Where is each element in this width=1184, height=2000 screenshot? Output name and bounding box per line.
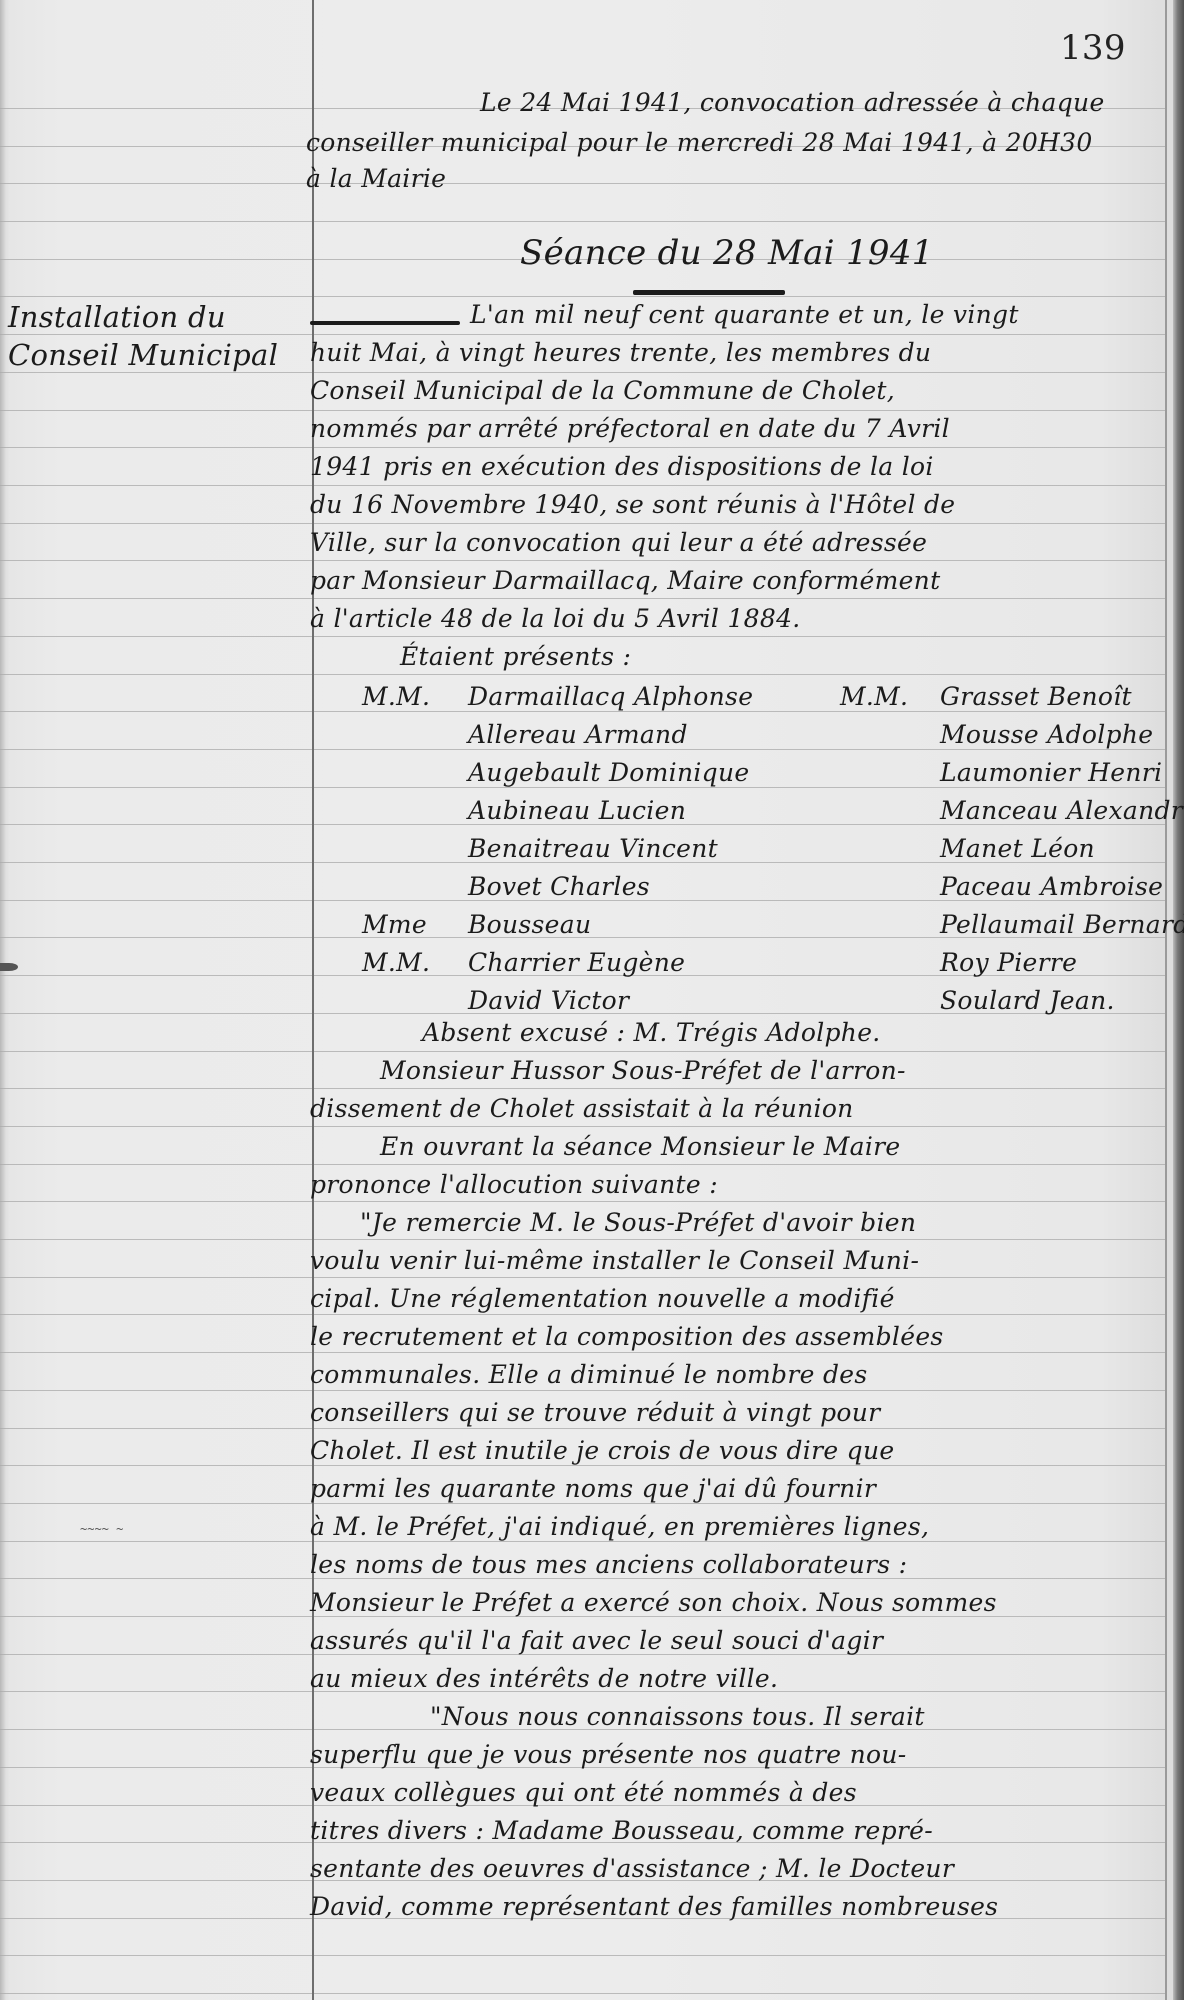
minutes-body-line: parmi les quarante noms que j'ai dû four… [310,1474,876,1503]
attendee-name: Manet Léon [940,834,1095,863]
attendee-name: Darmaillacq Alphonse [468,682,753,711]
minutes-body-line: prononce l'allocution suivante : [310,1170,718,1199]
attendee-name: Laumonier Henri [940,758,1162,787]
attendee-name: Charrier Eugène [468,948,685,977]
ruled-line [0,1164,1166,1165]
header-note-line: Le 24 Mai 1941, convocation adressée à c… [480,88,1105,117]
ruled-line [0,1314,1166,1315]
ruled-line [0,1993,1166,1994]
ruled-line [0,1465,1166,1466]
paragraph-lead-dash [310,321,460,325]
ruled-line [0,296,1166,297]
opening-paragraph-line: nommés par arrêté préfectoral en date du… [310,414,950,443]
attendee-prefix: Mme [362,910,427,939]
margin-tab-mark [0,963,18,971]
minutes-body-line: superflu que je vous présente nos quatre… [310,1740,907,1769]
minutes-body-line: le recrutement et la composition des ass… [310,1322,944,1351]
ruled-line [0,447,1166,448]
ruled-line [0,1955,1166,1956]
attendee-prefix: M.M. [362,682,430,711]
ruled-line [0,598,1166,599]
ruled-line [0,372,1166,373]
ruled-line [0,485,1166,486]
minutes-body-line: cipal. Une réglementation nouvelle a mod… [310,1284,895,1313]
ruled-line [0,183,1166,184]
minutes-body-line: les noms de tous mes anciens collaborate… [310,1550,907,1579]
ruled-line [0,711,1166,712]
ruled-line [0,1428,1166,1429]
opening-paragraph-line: Conseil Municipal de la Commune de Chole… [310,376,895,405]
ruled-line [0,1541,1166,1542]
ruled-line [0,636,1166,637]
opening-paragraph-line: du 16 Novembre 1940, se sont réunis à l'… [310,490,955,519]
minutes-body-line: sentante des oeuvres d'assistance ; M. l… [310,1854,954,1883]
attendee-name: Roy Pierre [940,948,1077,977]
ruled-line [0,334,1166,335]
attendee-prefix: M.M. [840,682,908,711]
ruled-line [0,410,1166,411]
attendee-name: Soulard Jean. [940,986,1115,1015]
minutes-body-line: assurés qu'il l'a fait avec le seul souc… [310,1626,883,1655]
ruled-line [0,787,1166,788]
header-note-line: à la Mairie [306,164,446,193]
minutes-body-line: conseillers qui se trouve réduit à vingt… [310,1398,880,1427]
ruled-line [0,221,1166,222]
ruled-line [0,749,1166,750]
minutes-body-line: au mieux des intérêts de notre ville. [310,1664,778,1693]
ruled-line [0,1201,1166,1202]
minutes-body-line: voulu venir lui-même installer le Consei… [310,1246,919,1275]
page-number: 139 [1060,28,1126,68]
attendee-name: Manceau Alexandre [940,796,1184,825]
minutes-body-line: Cholet. Il est inutile je crois de vous … [310,1436,894,1465]
opening-paragraph-line: à l'article 48 de la loi du 5 Avril 1884… [310,604,801,633]
attendee-name: Pellaumail Bernard [940,910,1184,939]
attendee-name: Allereau Armand [468,720,688,749]
ruled-line [0,523,1166,524]
minutes-body-line: En ouvrant la séance Monsieur le Maire [380,1132,901,1161]
minutes-body-line: Monsieur le Préfet a exercé son choix. N… [310,1588,997,1617]
attendee-name: Mousse Adolphe [940,720,1153,749]
ruled-line [0,1277,1166,1278]
attendee-name: Grasset Benoît [940,682,1132,711]
ruled-line [0,1390,1166,1391]
minutes-body-line: Monsieur Hussor Sous-Préfet de l'arron- [380,1056,906,1085]
attendee-name: Benaitreau Vincent [468,834,718,863]
opening-paragraph-line: par Monsieur Darmaillacq, Maire conformé… [310,566,940,595]
session-title: Séance du 28 Mai 1941 [520,233,934,273]
attendee-name: Bousseau [468,910,591,939]
attendee-name: David Victor [468,986,629,1015]
title-underline [633,290,785,295]
margin-heading-line: Conseil Municipal [8,338,278,372]
ruled-line [0,1503,1166,1504]
opening-paragraph-line: L'an mil neuf cent quarante et un, le vi… [470,300,1019,329]
attendee-prefix: M.M. [362,948,430,977]
ruled-line [0,560,1166,561]
attendee-name: Augebault Dominique [468,758,749,787]
page-binding-edge [1173,0,1184,2000]
minutes-body-line: dissement de Cholet assistait à la réuni… [310,1094,854,1123]
opening-paragraph-line: 1941 pris en exécution des dispositions … [310,452,934,481]
margin-heading-line: Installation du [8,300,226,334]
minutes-body-line: titres divers : Madame Bousseau, comme r… [310,1816,933,1845]
opening-paragraph-line: huit Mai, à vingt heures trente, les mem… [310,338,931,367]
opening-paragraph-line: Ville, sur la convocation qui leur a été… [310,528,927,557]
ruled-line [0,1239,1166,1240]
minutes-body-line: "Nous nous connaissons tous. Il serait [430,1702,925,1731]
register-page: 139 Le 24 Mai 1941, convocation adressée… [0,0,1184,2000]
minutes-body-line: David, comme représentant des familles n… [310,1892,998,1921]
attendee-name: Aubineau Lucien [468,796,686,825]
margin-scribble: ~~~~ ~ [80,1522,123,1536]
margin-line [312,0,314,2000]
header-note-line: conseiller municipal pour le mercredi 28… [306,128,1093,157]
ruled-line [0,1051,1166,1052]
attendee-name: Paceau Ambroise [940,872,1163,901]
ruled-line [0,1126,1166,1127]
minutes-body-line: communales. Elle a diminué le nombre des [310,1360,867,1389]
absent-line: Absent excusé : M. Trégis Adolphe. [422,1018,881,1047]
minutes-body-line: "Je remercie M. le Sous-Préfet d'avoir b… [360,1208,916,1237]
minutes-body-line: à M. le Préfet, j'ai indiqué, en premièr… [310,1512,929,1541]
ruled-line [0,674,1166,675]
minutes-body-line: veaux collègues qui ont été nommés à des [310,1778,857,1807]
page-binding-line [1165,0,1167,2000]
attendee-name: Bovet Charles [468,872,650,901]
ruled-line [0,1088,1166,1089]
ruled-line [0,1352,1166,1353]
present-label: Étaient présents : [400,642,631,671]
